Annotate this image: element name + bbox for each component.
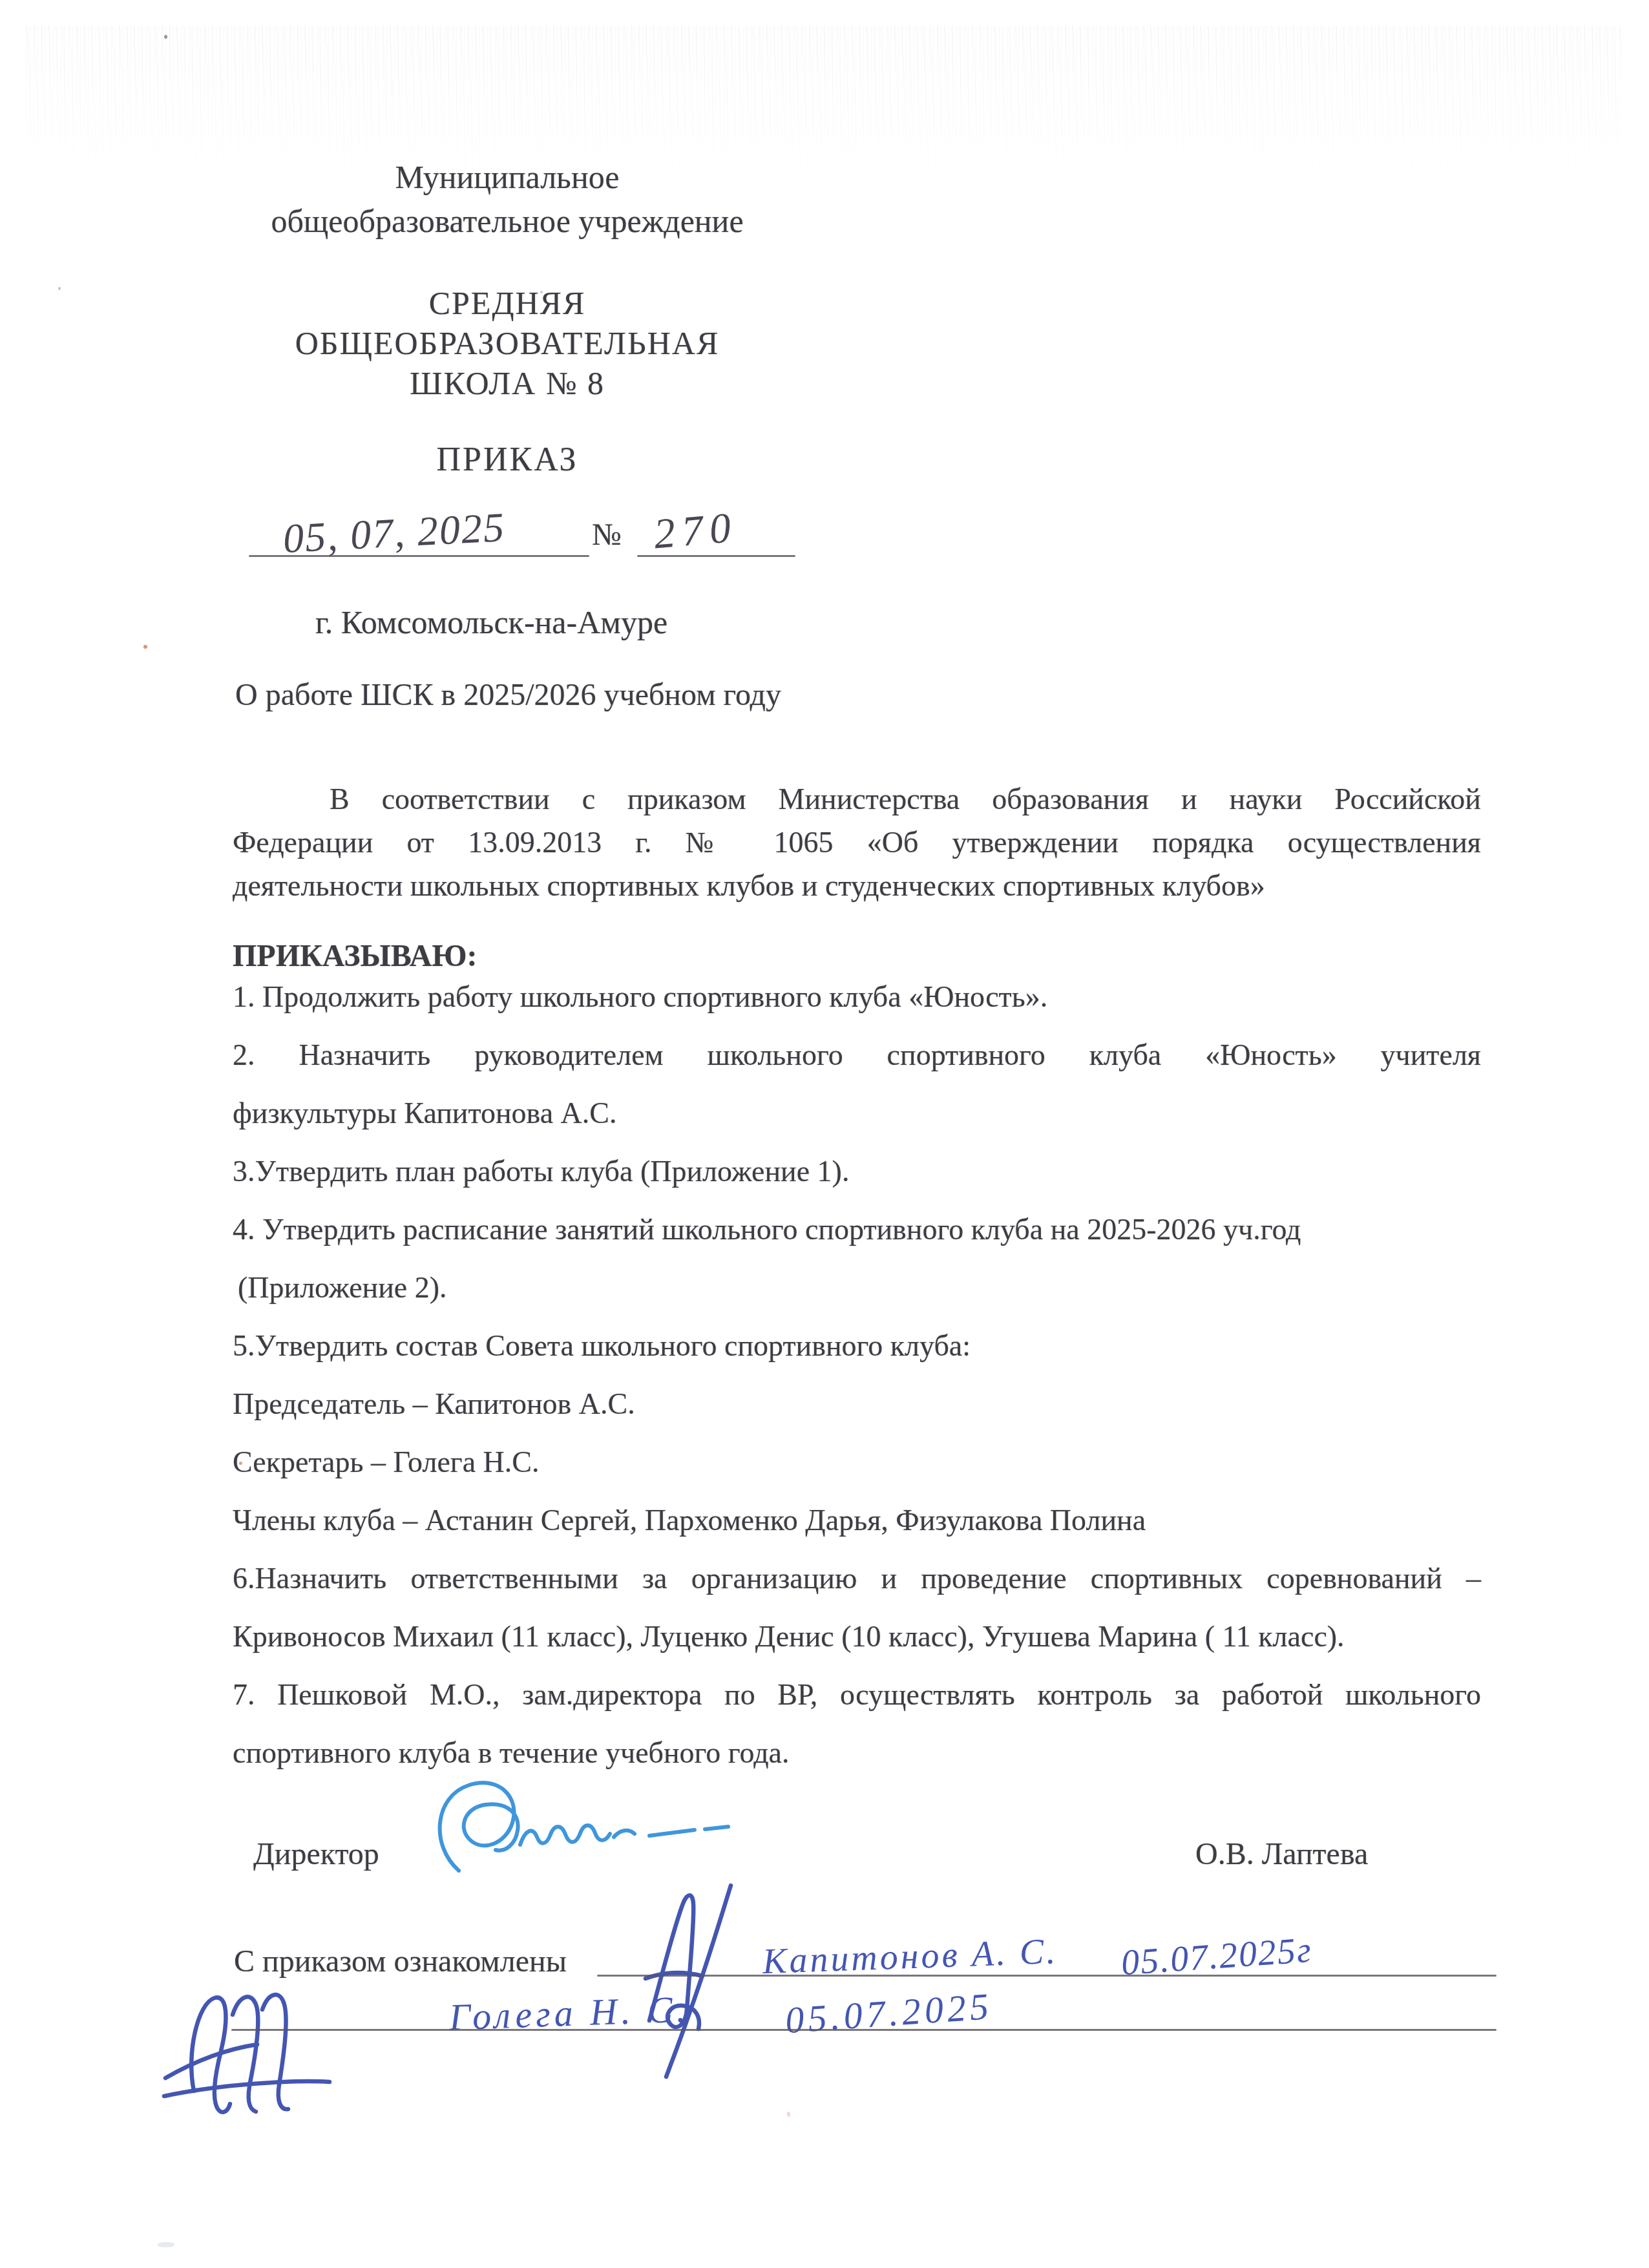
ack-underline-2 (231, 2029, 1497, 2031)
school-name-line: СРЕДНЯЯ (162, 283, 853, 323)
org-name-line: Муниципальное (162, 155, 853, 199)
order-item-line: 3.Утвердить план работы клуба (Приложени… (233, 1154, 1481, 1212)
order-item-line: 7. Пешковой М.О., зам.директора по ВР, о… (233, 1677, 1481, 1736)
document-type-title: ПРИКАЗ (162, 441, 853, 479)
number-underline (637, 555, 795, 557)
scan-speck (540, 291, 543, 293)
date-underline (249, 555, 589, 557)
organization-name: Муниципальное общеобразовательное учрежд… (162, 155, 853, 243)
order-item-line: Кривоносов Михаил (11 класс), Луценко Де… (233, 1619, 1481, 1677)
handwritten-date: 05, 07, 2025 (282, 503, 506, 563)
intro-line: деятельности школьных спортивных клубов … (233, 868, 1481, 912)
scan-speck (787, 2112, 790, 2117)
order-item-line: 5.Утвердить состав Совета школьного спор… (233, 1328, 1481, 1387)
director-name: О.В. Лаптева (1195, 1836, 1368, 1872)
order-item-line: 4. Утвердить расписание занятий школьног… (233, 1212, 1481, 1270)
scan-speck (58, 287, 61, 290)
school-name: СРЕДНЯЯ ОБЩЕОБРАЗОВАТЕЛЬНАЯ ШКОЛА № 8 (162, 283, 853, 403)
scanned-order-page: Муниципальное общеобразовательное учрежд… (0, 0, 1649, 2268)
number-sign-label: № (592, 517, 622, 552)
school-name-line: ОБЩЕОБРАЗОВАТЕЛЬНАЯ (162, 323, 853, 363)
school-name-line: ШКОЛА № 8 (162, 363, 853, 403)
scan-speck (164, 35, 167, 39)
handwritten-order-number: 270 (652, 503, 739, 560)
order-item-line: 2. Назначить руководителем школьного спо… (233, 1038, 1481, 1096)
ack-signature-golega (160, 1976, 438, 2121)
acknowledged-label: С приказом ознакомлены (234, 1944, 567, 1979)
order-list: 1. Продолжить работу школьного спортивно… (233, 980, 1481, 1794)
order-item-line: физкультуры Капитонова А.С. (233, 1096, 1481, 1154)
org-name-line: общеобразовательное учреждение (162, 199, 853, 243)
director-signature (423, 1767, 772, 1887)
city-line: г. Комсомольск-на-Амуре (315, 604, 667, 641)
order-item-line: 6.Назначить ответственными за организаци… (233, 1561, 1481, 1619)
order-item-line: Председатель – Капитонов А.С. (233, 1387, 1481, 1445)
subject-line: О работе ШСК в 2025/2026 учебном году (235, 677, 781, 713)
scan-speck (143, 645, 147, 649)
order-item-line: 1. Продолжить работу школьного спортивно… (233, 980, 1481, 1038)
order-item-line: спортивного клуба в течение учебного год… (233, 1736, 1481, 1794)
order-item-line: Секретарь – Голега Н.С. (233, 1445, 1481, 1503)
ack-underline-1 (597, 1975, 1497, 1977)
scan-smudge (158, 2242, 174, 2247)
intro-paragraph: В соответствии с приказом Министерства о… (233, 782, 1481, 912)
intro-line: В соответствии с приказом Министерства о… (233, 782, 1481, 825)
ack-date-handwritten: 05.07.2025 (784, 1984, 994, 2042)
order-heading: ПРИКАЗЫВАЮ: (233, 938, 477, 974)
order-item-line: (Приложение 2). (233, 1270, 1481, 1328)
order-item-line: Члены клуба – Астанин Сергей, Пархоменко… (233, 1503, 1481, 1561)
intro-line: Федерации от 13.09.2013 г. № 1065 «Об ут… (233, 825, 1481, 868)
scan-speck (239, 1462, 242, 1465)
director-label: Директор (253, 1836, 379, 1872)
ack-name-handwritten: Голега Н. С. (448, 1988, 690, 2039)
